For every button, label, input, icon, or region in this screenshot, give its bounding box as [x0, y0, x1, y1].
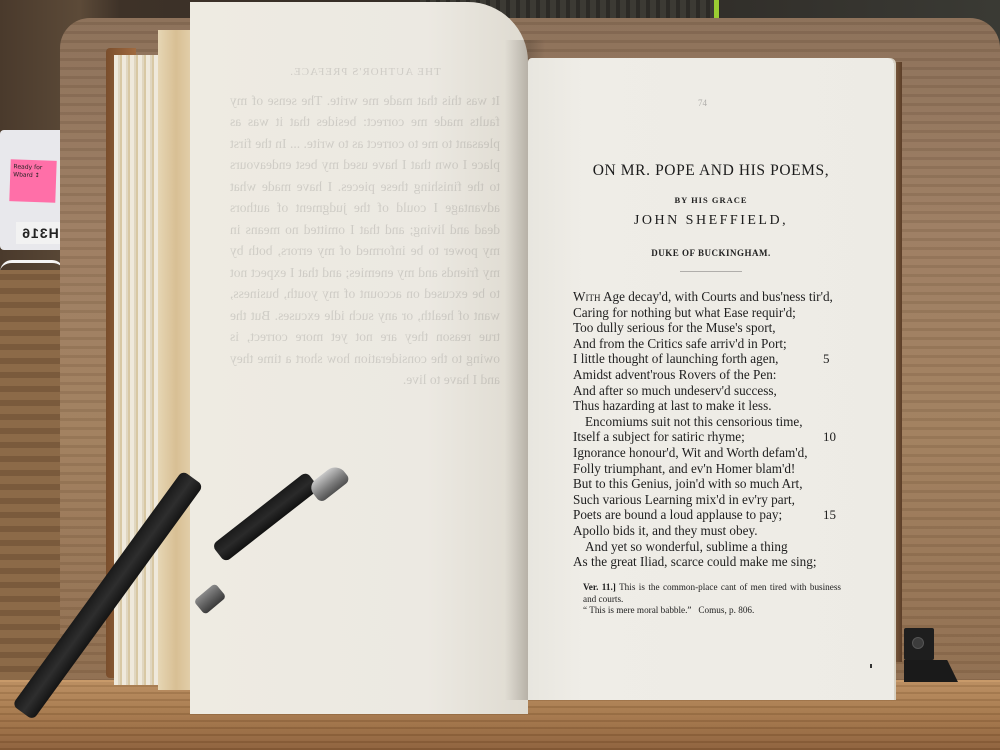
poem-line: Itself a subject for satiric rhyme;10 — [573, 429, 843, 445]
poem-line: Ignorance honour'd, Wit and Worth defam'… — [573, 445, 843, 461]
poem-line: But to this Genius, join'd with so much … — [573, 476, 843, 492]
page-number: 74 — [698, 98, 707, 108]
sticky-note: Ready for Wbard ↕ — [9, 159, 56, 203]
author-title: DUKE OF BUCKINGHAM. — [528, 248, 894, 258]
author-name: JOHN SHEFFIELD, — [528, 213, 894, 229]
poem-line: Thus hazarding at last to make it less. — [573, 398, 843, 414]
footnote: Ver. 11.] This is the common-place cant … — [573, 582, 841, 617]
right-page[interactable]: 74 ON MR. POPE AND HIS POEMS, BY HIS GRA… — [528, 58, 894, 700]
show-through-text: THE AUTHOR'S PREFACE. It was this that m… — [230, 62, 500, 391]
paper-speck — [870, 664, 872, 668]
poem-line: With Age decay'd, with Courts and bus'ne… — [573, 289, 843, 305]
show-through-body: It was this that made me write. The sens… — [230, 90, 500, 391]
poem-line: And after so much undeserv'd success, — [573, 383, 843, 399]
byline: BY HIS GRACE — [528, 195, 894, 205]
line-number: 15 — [823, 507, 836, 523]
poem-line: Poets are bound a loud applause to pay;1… — [573, 507, 843, 523]
poem-line: I little thought of launching forth agen… — [573, 351, 843, 367]
poem-line: Such various Learning mix'd in ev'ry par… — [573, 492, 843, 508]
poem-line: Too dully serious for the Muse's sport, — [573, 320, 843, 336]
poem-line: Apollo bids it, and they must obey. — [573, 523, 843, 539]
show-through-heading: THE AUTHOR'S PREFACE. — [230, 62, 500, 84]
poem-line: Folly triumphant, and ev'n Homer blam'd! — [573, 461, 843, 477]
poem-line: And from the Critics safe arriv'd in Por… — [573, 336, 843, 352]
poem-line: And yet so wonderful, sublime a thing — [573, 539, 843, 555]
poem-title: ON MR. POPE AND HIS POEMS, — [528, 162, 894, 180]
line-number: 5 — [823, 351, 830, 367]
poem-line: Encomiums suit not this censorious time, — [573, 414, 843, 430]
footnote-line: Ver. 11.] This is the common-place cant … — [573, 582, 841, 605]
line-number: 10 — [823, 429, 836, 445]
footnote-quote-line: “ This is mere moral babble.” Comus, p. … — [573, 605, 841, 617]
page-edges-inner — [158, 30, 194, 690]
footnote-ref: Ver. 11.] — [583, 582, 616, 592]
hinge-screw-icon — [912, 637, 924, 649]
poem-line: Amidst advent'rous Rovers of the Pen: — [573, 367, 843, 383]
monitor-label: H316 — [16, 222, 64, 244]
poem-line: Caring for nothing but what Ease requir'… — [573, 305, 843, 321]
poem-line: As the great Iliad, scarce could make me… — [573, 554, 843, 570]
left-page[interactable]: THE AUTHOR'S PREFACE. It was this that m… — [190, 2, 528, 714]
poem-body: With Age decay'd, with Courts and bus'ne… — [573, 289, 843, 570]
divider-rule — [680, 271, 742, 272]
